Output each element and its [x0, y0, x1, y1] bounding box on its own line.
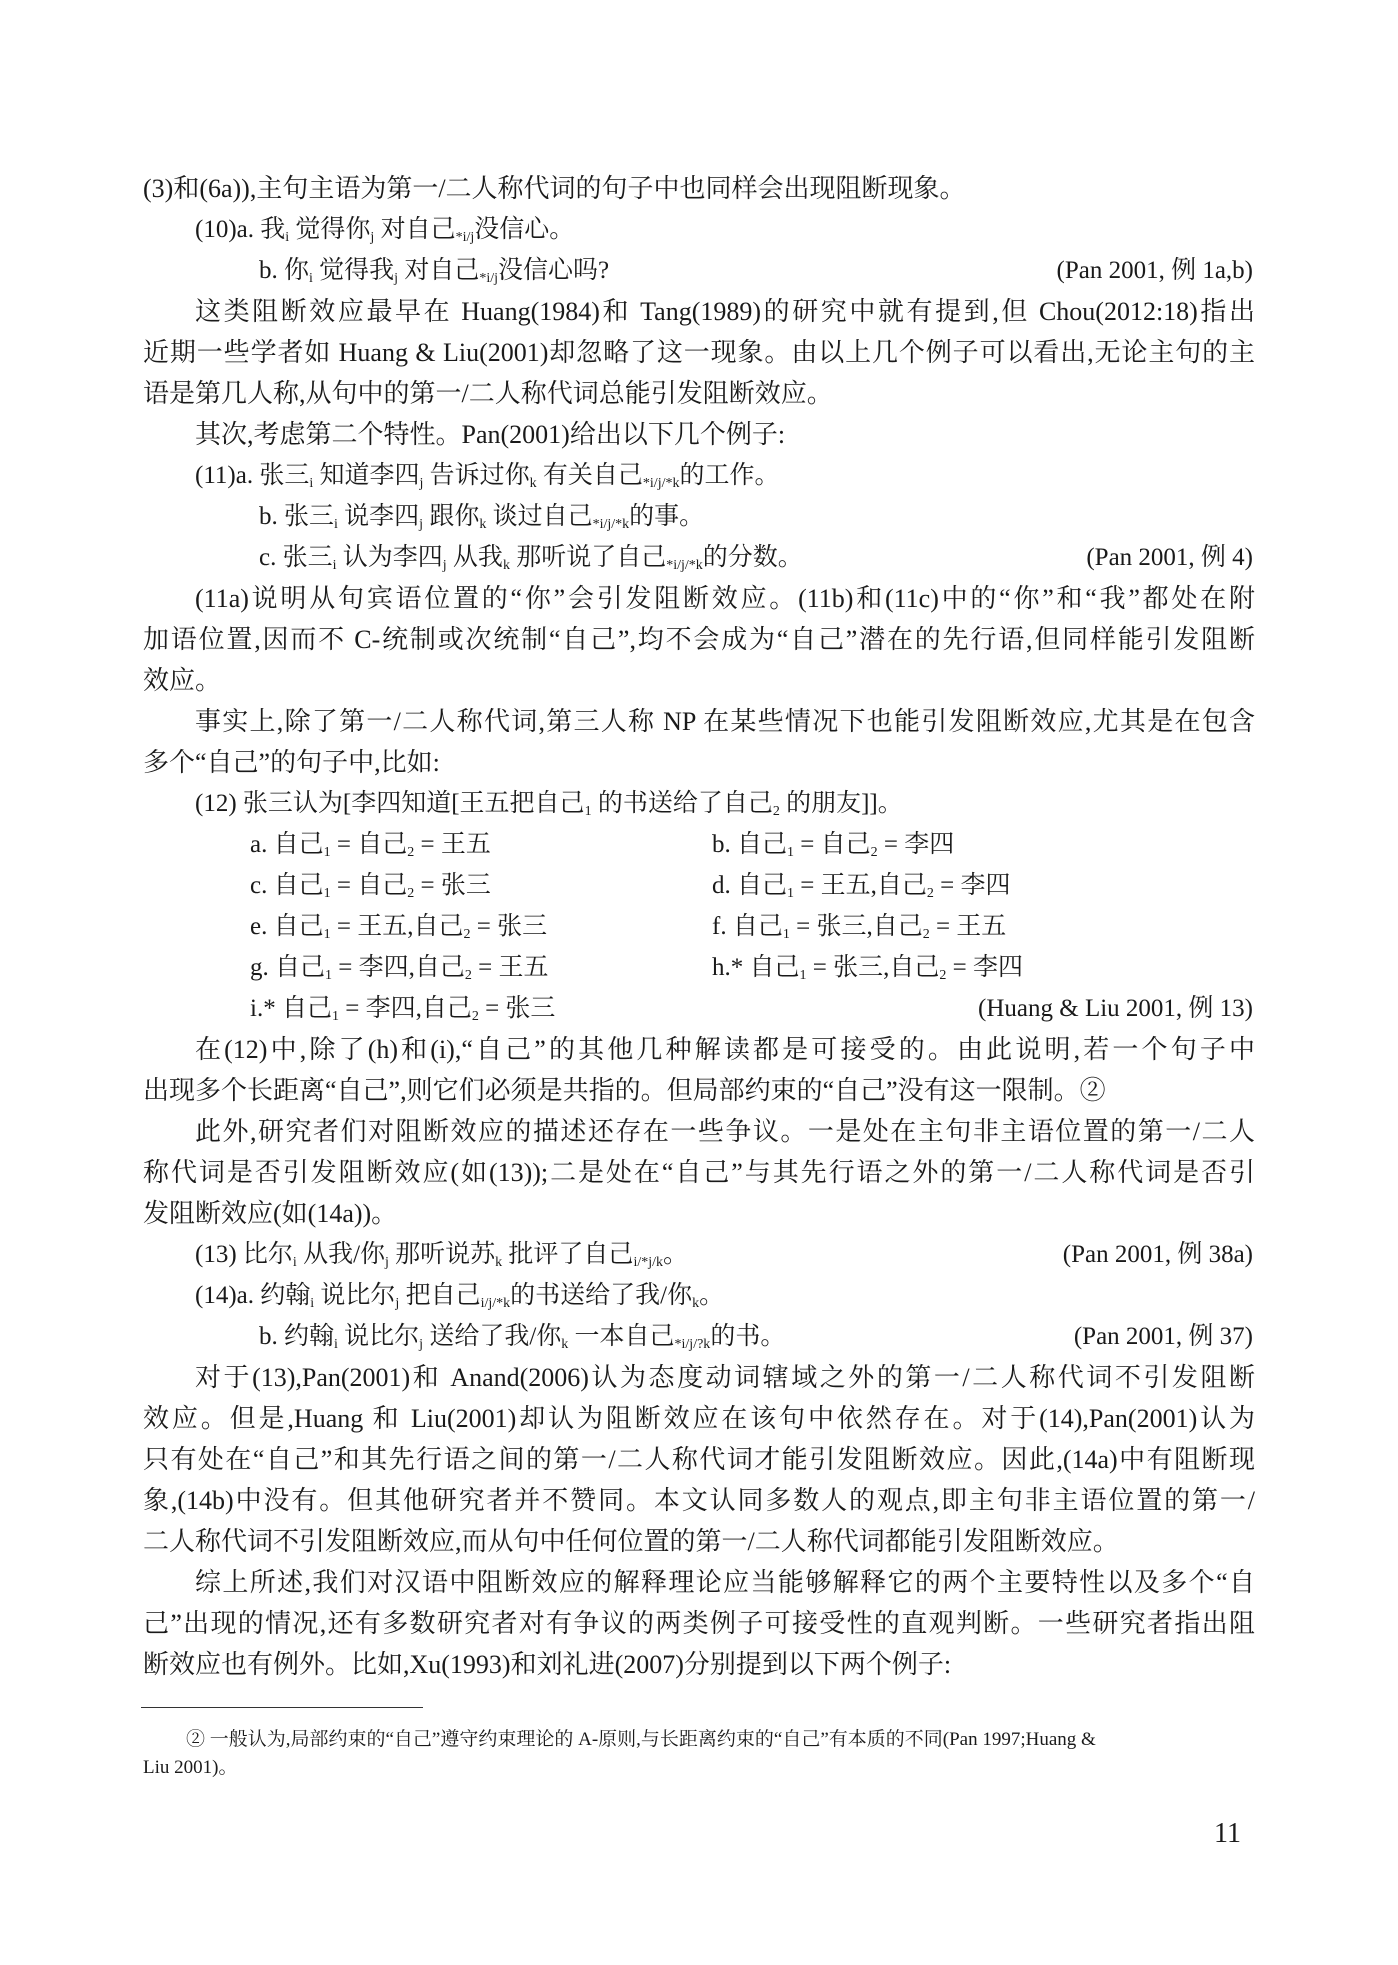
paragraph-line: 此外,研究者们对阻断效应的描述还存在一些争议。一是处在主句非主语位置的第一/二人 [143, 1111, 1255, 1152]
coindex-subscript: 1 [324, 886, 331, 901]
example-label: (14)a. [195, 1282, 260, 1309]
example-text: 认为李四 [337, 544, 443, 571]
example-text: 。 [699, 1282, 724, 1309]
example-text: = 李四 [946, 954, 1023, 981]
paragraph-line: 近期一些学者如 Huang & Liu(2001)却忽略了这一现象。由以上几个例… [143, 332, 1255, 373]
paragraph-line: 发阻断效应(如(14a))。 [143, 1193, 1255, 1234]
coindex-subscript: 2 [472, 1009, 479, 1024]
example-11b: b. 张三i 说李四j 跟你k 谈过自己*i/j/*k的事。 [259, 496, 704, 537]
coindex-subscript: 2 [773, 804, 780, 819]
citation: (Pan 2001, 例 37) [1074, 1316, 1253, 1357]
coindex-subscript: *i/j/*k [593, 517, 630, 532]
example-12: (12) 张三认为[李四知道[王五把自己1 的书送给了自己2 的朋友]]。 [195, 783, 903, 824]
example-text: 批评了自己 [502, 1241, 633, 1268]
paragraph-line: 出现多个长距离“自己”,则它们必须是共指的。但局部约束的“自己”没有这一限制。② [143, 1070, 1255, 1111]
coindex-subscript: 2 [465, 968, 472, 983]
example-label: (13) [195, 1241, 243, 1268]
example-text: 从我 [447, 544, 503, 571]
example-11a: (11)a. 张三i 知道李四j 告诉过你k 有关自己*i/j/*k的工作。 [195, 455, 780, 496]
citation: (Pan 2001, 例 38a) [1063, 1234, 1253, 1275]
example-text: 自己 [274, 831, 324, 858]
paragraph-line: 称代词是否引发阻断效应(如(13));二是处在“自己”与其先行语之外的第一/二人… [143, 1152, 1255, 1193]
paragraph-line: 象,(14b)中没有。但其他研究者并不赞同。本文认同多数人的观点,即主句非主语位… [143, 1480, 1255, 1521]
example-text: 的书送给了我/你 [510, 1282, 692, 1309]
citation: (Huang & Liu 2001, 例 13) [978, 988, 1253, 1029]
example-label: c. [250, 872, 274, 899]
example-text: 对自己 [374, 216, 455, 243]
example-10b: b. 你i 觉得我j 对自己*i/j没信心吗? [259, 250, 609, 291]
paragraph-line: 事实上,除了第一/二人称代词,第三人称 NP 在某些情况下也能引发阻断效应,尤其… [143, 701, 1255, 742]
example-text: 自己 [282, 995, 332, 1022]
coindex-subscript: *i/j [456, 230, 475, 245]
example-text: 从我/你 [297, 1241, 385, 1268]
footnote-divider [141, 1707, 423, 1708]
paragraph-line: 综上所述,我们对汉语中阻断效应的解释理论应当能够解释它的两个主要特性以及多个“自 [143, 1562, 1255, 1603]
example-text: = 张三 [414, 872, 491, 899]
paragraph-line: 效应。 [143, 660, 1255, 701]
example-text: 没信心吗? [498, 257, 609, 284]
example-text: 的书送给了自己 [592, 790, 773, 817]
example-label: (10)a. [195, 216, 260, 243]
example-text: 把自己 [399, 1282, 480, 1309]
example-12-c: c. 自己1 = 自己2 = 张三 [250, 865, 491, 906]
example-text: = 李四 [934, 872, 1011, 899]
paragraph-line: 效应。但是,Huang 和 Liu(2001)却认为阻断效应在该句中依然存在。对… [143, 1398, 1255, 1439]
example-text: 约翰 [260, 1282, 310, 1309]
example-text: 约翰 [284, 1323, 334, 1350]
example-text: 说李四 [338, 503, 419, 530]
coindex-subscript: i/j/*k [481, 1296, 511, 1311]
example-label: b. [259, 503, 284, 530]
example-text: 自己 [274, 913, 324, 940]
coindex-subscript: 2 [927, 886, 934, 901]
example-text: 你 [284, 257, 309, 284]
example-text: 张三认为[李四知道[王五把自己 [243, 790, 585, 817]
example-text: = 自己 [794, 831, 871, 858]
coindex-subscript: *i/j [479, 271, 498, 286]
example-text: = 张三 [479, 995, 556, 1022]
example-text: 对自己 [398, 257, 479, 284]
coindex-subscript: 2 [923, 927, 930, 942]
example-label: i.* [250, 995, 282, 1022]
coindex-subscript: k [503, 558, 510, 573]
example-text: 自己 [275, 954, 325, 981]
paragraph-line: 在(12)中,除了(h)和(i),“自己”的其他几种解读都是可接受的。由此说明,… [143, 1029, 1255, 1070]
example-text: 自己 [733, 913, 783, 940]
example-10a: (10)a. 我i 觉得你j 对自己*i/j没信心。 [195, 209, 574, 250]
example-12-a: a. 自己1 = 自己2 = 王五 [250, 824, 491, 865]
example-text: 觉得我 [313, 257, 394, 284]
example-12-e: e. 自己1 = 王五,自己2 = 张三 [250, 906, 547, 947]
example-text: 送给了我/你 [423, 1323, 561, 1350]
example-12-i: i.* 自己1 = 李四,自己2 = 张三 [250, 988, 555, 1029]
paragraph-line: 其次,考虑第二个特性。Pan(2001)给出以下几个例子: [143, 414, 1255, 455]
example-label: c. [259, 544, 283, 571]
example-text: 一本自己 [568, 1323, 674, 1350]
coindex-subscript: 1 [332, 1009, 339, 1024]
page-number: 11 [1214, 1818, 1241, 1850]
example-12-f: f. 自己1 = 张三,自己2 = 王五 [712, 906, 1006, 947]
example-text: = 李四,自己 [332, 954, 465, 981]
example-14b: b. 约翰i 说比尔j 送给了我/你k 一本自己*i/j/?k的书。 [259, 1316, 785, 1357]
example-12-b: b. 自己1 = 自己2 = 李四 [712, 824, 954, 865]
example-label: b. [259, 257, 284, 284]
coindex-subscript: 1 [585, 804, 592, 819]
footnote-line: Liu 2001)。 [143, 1754, 237, 1782]
example-text: 张三 [283, 544, 333, 571]
example-label: b. [259, 1323, 284, 1350]
example-text: = 王五,自己 [794, 872, 927, 899]
example-text: 谈过自己 [486, 503, 592, 530]
example-label: h.* [712, 954, 750, 981]
coindex-subscript: 1 [325, 968, 332, 983]
example-text: 知道李四 [313, 462, 419, 489]
example-text: 说比尔 [338, 1323, 419, 1350]
paragraph-line: 加语位置,因而不 C-统制或次统制“自己”,均不会成为“自己”潜在的先行语,但同… [143, 619, 1255, 660]
paragraph-line: 语是第几人称,从句中的第一/二人称代词总能引发阻断效应。 [143, 373, 1255, 414]
paragraph-line: 多个“自己”的句子中,比如: [143, 742, 1255, 783]
example-text: = 李四,自己 [339, 995, 472, 1022]
example-text: 跟你 [423, 503, 479, 530]
example-text: 告诉过你 [423, 462, 529, 489]
example-text: 自己 [274, 872, 324, 899]
paragraph-line: 对于(13),Pan(2001)和 Anand(2006)认为态度动词辖域之外的… [143, 1357, 1255, 1398]
example-text: = 王五 [472, 954, 549, 981]
paragraph-line: 二人称代词不引发阻断效应,而从句中任何位置的第一/二人称代词都能引发阻断效应。 [143, 1521, 1255, 1562]
example-label: e. [250, 913, 274, 940]
example-text: = 自己 [331, 872, 408, 899]
example-text: 自己 [737, 872, 787, 899]
coindex-subscript: *i/j/*k [666, 558, 703, 573]
citation: (Pan 2001, 例 4) [1086, 537, 1253, 578]
paragraph-line: 只有处在“自己”和其先行语之间的第一/二人称代词才能引发阻断效应。因此,(14a… [143, 1439, 1255, 1480]
example-label: a. [250, 831, 274, 858]
example-14a: (14)a. 约翰i 说比尔j 把自己i/j/*k的书送给了我/你k。 [195, 1275, 724, 1316]
paragraph-line: (3)和(6a)),主句主语为第一/二人称代词的句子中也同样会出现阻断现象。 [143, 168, 1255, 209]
example-text: 。 [663, 1241, 688, 1268]
coindex-subscript: 1 [787, 886, 794, 901]
coindex-subscript: *i/j/?k [675, 1337, 711, 1352]
coindex-subscript: i/*j/k [633, 1255, 663, 1270]
example-text: 觉得你 [289, 216, 370, 243]
example-text: = 张三 [470, 913, 547, 940]
example-label: (12) [195, 790, 243, 817]
coindex-subscript: 2 [871, 845, 878, 860]
example-text: = 王五 [930, 913, 1007, 940]
example-text: = 张三,自己 [807, 954, 940, 981]
example-text: 说比尔 [314, 1282, 395, 1309]
example-11c: c. 张三i 认为李四j 从我k 那听说了自己*i/j/*k的分数。 [259, 537, 803, 578]
example-text: 张三 [284, 503, 334, 530]
coindex-subscript: k [530, 476, 537, 491]
example-text: 张三 [259, 462, 309, 489]
example-label: d. [712, 872, 737, 899]
example-text: 的分数。 [703, 544, 803, 571]
coindex-subscript: 1 [324, 927, 331, 942]
example-12-h: h.* 自己1 = 张三,自己2 = 李四 [712, 947, 1023, 988]
example-text: 的事。 [629, 503, 704, 530]
example-text: 的朋友]]。 [780, 790, 903, 817]
paragraph-line: 己”出现的情况,还有多数研究者对有争议的两类例子可接受性的直观判断。一些研究者指… [143, 1603, 1255, 1644]
example-text: 比尔 [243, 1241, 293, 1268]
example-label: f. [712, 913, 733, 940]
footnote-line: ② 一般认为,局部约束的“自己”遵守约束理论的 A-原则,与长距离约束的“自己”… [186, 1726, 1096, 1754]
example-text: = 王五,自己 [331, 913, 464, 940]
coindex-subscript: *i/j/*k [643, 476, 680, 491]
paragraph-line: (11a)说明从句宾语位置的“你”会引发阻断效应。(11b)和(11c)中的“你… [143, 578, 1255, 619]
citation: (Pan 2001, 例 1a,b) [1057, 250, 1254, 291]
example-13: (13) 比尔i 从我/你j 那听说苏k 批评了自己i/*j/k。 [195, 1234, 688, 1275]
coindex-subscript: 1 [783, 927, 790, 942]
example-text: = 自己 [331, 831, 408, 858]
example-label: b. [712, 831, 737, 858]
example-text: 的工作。 [679, 462, 779, 489]
coindex-subscript: 1 [787, 845, 794, 860]
example-text: 有关自己 [537, 462, 643, 489]
example-text: 自己 [750, 954, 800, 981]
example-12-d: d. 自己1 = 王五,自己2 = 李四 [712, 865, 1010, 906]
example-text: = 王五 [414, 831, 491, 858]
coindex-subscript: 1 [324, 845, 331, 860]
coindex-subscript: 1 [800, 968, 807, 983]
example-text: 我 [260, 216, 285, 243]
paragraph-line: 这类阻断效应最早在 Huang(1984)和 Tang(1989)的研究中就有提… [143, 291, 1255, 332]
example-12-g: g. 自己1 = 李四,自己2 = 王五 [250, 947, 548, 988]
example-label: g. [250, 954, 275, 981]
example-text: 的书。 [710, 1323, 785, 1350]
example-text: 那听说了自己 [510, 544, 666, 571]
example-text: = 张三,自己 [790, 913, 923, 940]
paragraph-line: 断效应也有例外。比如,Xu(1993)和刘礼进(2007)分别提到以下两个例子: [143, 1644, 1255, 1685]
example-text: 那听说苏 [389, 1241, 495, 1268]
example-text: = 李四 [878, 831, 955, 858]
example-text: 自己 [737, 831, 787, 858]
example-label: (11)a. [195, 462, 259, 489]
example-text: 没信心。 [474, 216, 574, 243]
